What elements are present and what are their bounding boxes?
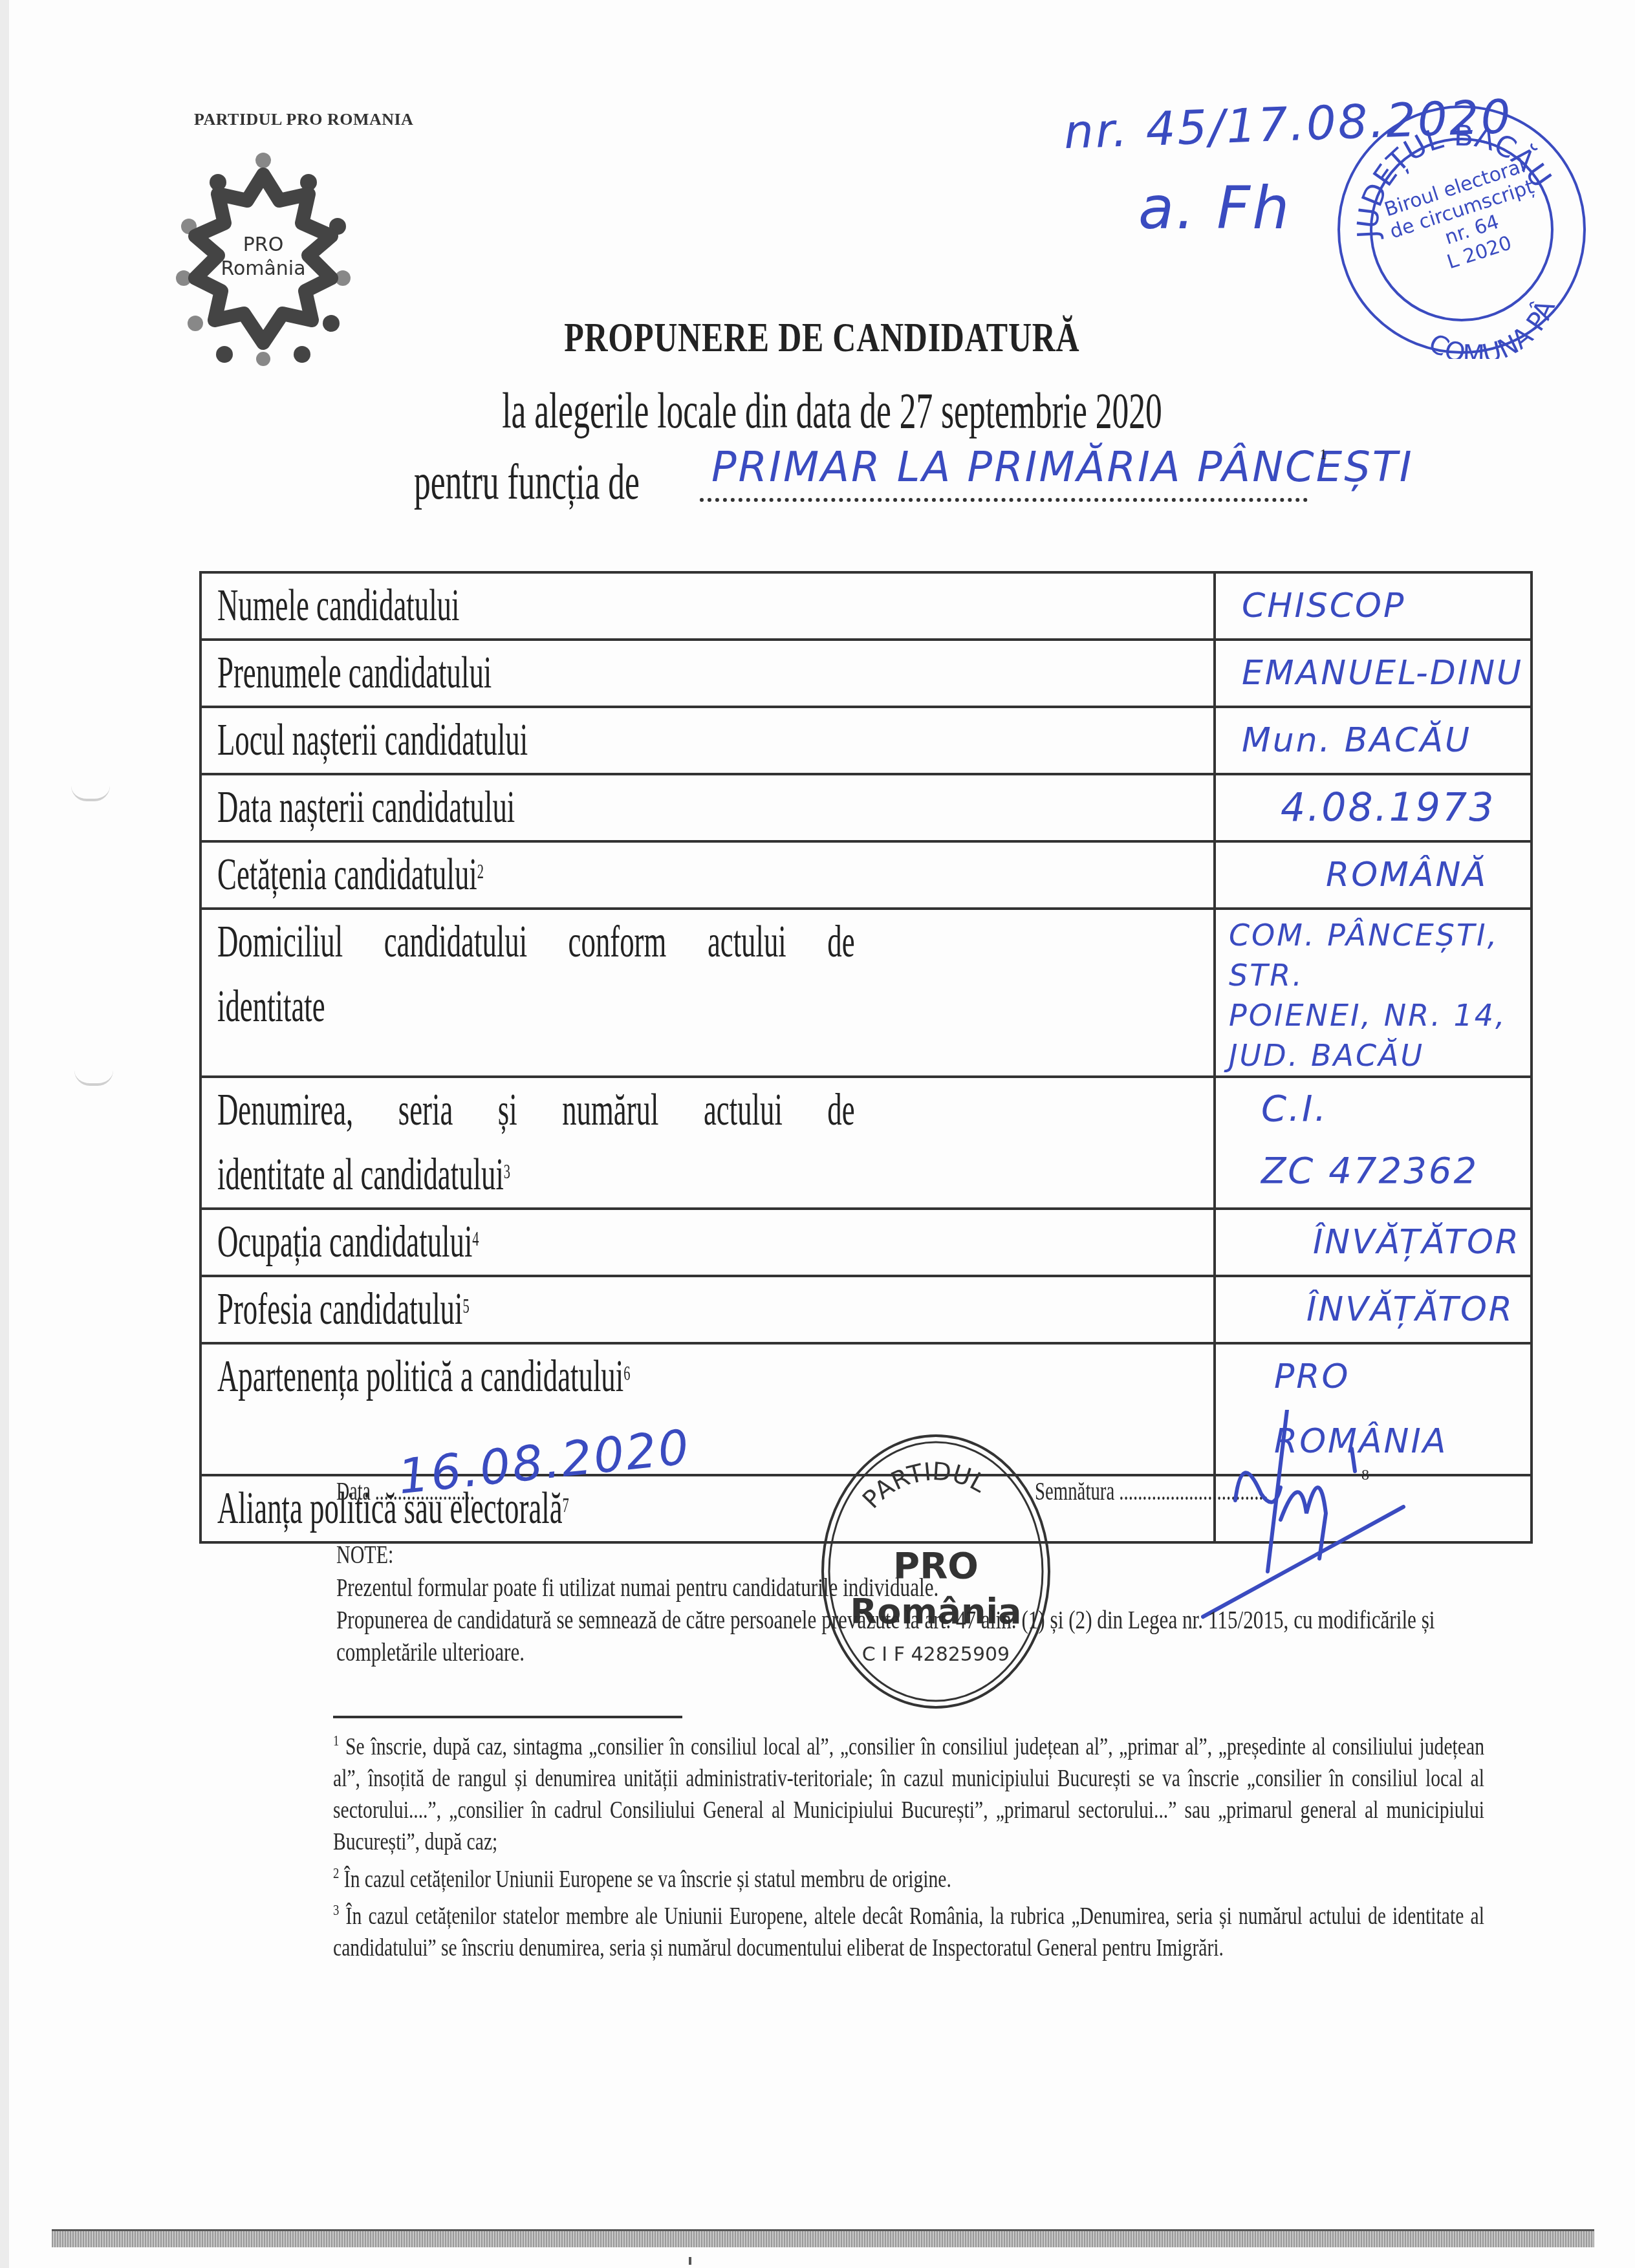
candidate-birthplace: Mun. BACĂU [1215, 707, 1532, 774]
signature-footnote-ref: 8 [1361, 1467, 1369, 1484]
row-label: Profesia candidatului5 [200, 1276, 1215, 1343]
scan-speck [689, 2257, 691, 2265]
table-row: Ocupația candidatului4 ÎNVĂȚĂTOR [200, 1209, 1532, 1276]
table-row: Locul nașterii candidatului Mun. BACĂU [200, 707, 1532, 774]
row-label: Numele candidatului [200, 572, 1215, 640]
row-label: Prenumele candidatului [200, 640, 1215, 707]
party-header: PARTIDUL PRO ROMANIA [194, 110, 413, 129]
row-label: Domiciliul candidatului conform actului … [200, 909, 1215, 1077]
document-title: PROPUNERE DE CANDIDATURĂ [184, 314, 1460, 362]
row-label: Cetățenia candidatului2 [200, 841, 1215, 909]
row-label: Apartenența politică a candidatului6 [200, 1343, 1215, 1475]
table-row: Profesia candidatului5 ÎNVĂȚĂTOR [200, 1276, 1532, 1343]
scan-edge [0, 0, 9, 2268]
candidate-form-table: Numele candidatului CHISCOP Prenumele ca… [199, 571, 1533, 1544]
function-footnote-ref: 1 [1319, 446, 1327, 464]
table-row: Data nașterii candidatului 4.08.1973 [200, 774, 1532, 841]
footnote-2: 2 În cazul cetățenilor Uniunii Europene … [333, 1858, 1484, 1895]
row-label: Denumirea, seria și numărul actului deid… [200, 1077, 1215, 1209]
footnotes: 1 Se înscrie, după caz, sintagma „consil… [333, 1725, 1484, 1964]
registration-signature: a. Fh [1138, 175, 1291, 243]
svg-text:PARTIDUL: PARTIDUL [857, 1457, 991, 1514]
table-row: Cetățenia candidatului2 ROMÂNĂ [200, 841, 1532, 909]
notes-title: NOTE: [336, 1539, 413, 1570]
candidate-last-name: CHISCOP [1215, 572, 1532, 640]
candidate-profession: ÎNVĂȚĂTOR [1215, 1276, 1532, 1343]
election-date-line: la alegerile locale din data de 27 septe… [292, 382, 1371, 440]
function-value: PRIMAR LA PRIMĂRIA PÂNCEȘTI [711, 444, 1414, 491]
candidate-occupation: ÎNVĂȚĂTOR [1215, 1209, 1532, 1276]
row-label: Locul nașterii candidatului [200, 707, 1215, 774]
table-row: Numele candidatului CHISCOP [200, 572, 1532, 640]
function-line: pentru funcția de [414, 453, 755, 511]
row-label: Data nașterii candidatului [200, 774, 1215, 841]
punch-hole-mark [74, 1070, 113, 1086]
candidate-address: COM. PÂNCEȘTI, STR. POIENEI, NR. 14, JUD… [1215, 909, 1532, 1077]
svg-text:PRO: PRO [243, 233, 284, 256]
notes-text: Prezentul formular poate fi utilizat num… [336, 1571, 1500, 1669]
punch-hole-mark [71, 786, 110, 801]
table-row: Denumirea, seria și numărul actului deid… [200, 1077, 1532, 1209]
table-row: Prenumele candidatului EMANUEL-DINU [200, 640, 1532, 707]
candidate-citizenship: ROMÂNĂ [1215, 841, 1532, 909]
table-row: Domiciliul candidatului conform actului … [200, 909, 1532, 1077]
row-label: Ocupația candidatului4 [200, 1209, 1215, 1276]
footnote-separator [333, 1716, 682, 1718]
svg-text:România: România [221, 257, 305, 280]
candidate-id-document: C.I. ZC 472362 [1215, 1077, 1532, 1209]
candidate-first-name: EMANUEL-DINU [1215, 640, 1532, 707]
function-dotted-line [700, 498, 1308, 502]
footnote-3: 3 În cazul cetățenilor statelor membre a… [333, 1895, 1484, 1964]
footnote-1: 1 Se înscrie, după caz, sintagma „consil… [333, 1725, 1484, 1858]
scan-bottom-bar [52, 2229, 1594, 2247]
function-label: pentru funcția de [414, 453, 640, 511]
candidate-birthdate: 4.08.1973 [1215, 774, 1532, 841]
